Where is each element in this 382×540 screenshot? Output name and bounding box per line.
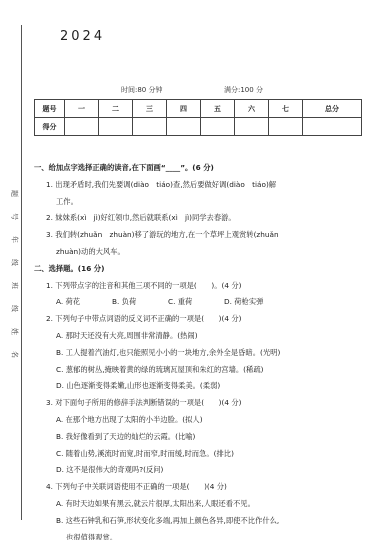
- option: C. 葱郁的树丛,掩映着黄的绿的琉璃瓦屋顶和朱红的宫墙。(稀疏): [34, 362, 374, 379]
- option: C. 随着山势,溪流时而宽,时而窄,时而缓,时而急。(排比): [34, 446, 374, 463]
- score-cell: [99, 118, 133, 136]
- score-cell: 二: [99, 100, 133, 118]
- binding-margin-labels: 题 号 年 级 班 级 姓 名: [8, 190, 20, 374]
- section-2-title: 二、选择题。(16 分): [34, 261, 374, 278]
- s2-question-2: 2. 下列句子中带点词语的反义词不正确的一项是( )(4 分): [34, 311, 374, 328]
- score-cell: [235, 118, 269, 136]
- option: B. 我好像看到了天边的灿烂的云霞。(比喻): [34, 429, 374, 446]
- margin-label: 姓: [11, 326, 18, 338]
- margin-label: 年: [11, 234, 18, 246]
- exam-content: 一、给加点字选择正确的读音,在下面画“____”。(6 分) 1. 出现矛盾时,…: [34, 160, 374, 540]
- s1-question-3: 3. 我们转(zhuǎn zhuàn)移了游玩的地方,在一个草坪上观赏转(zhu…: [34, 227, 374, 244]
- s1-question-3-cont: zhuàn)动的大风车。: [34, 244, 374, 261]
- option: C. 重荷: [168, 294, 224, 311]
- score-cell: 六: [235, 100, 269, 118]
- score-table-header-row: 题号 一 二 三 四 五 六 七 总分: [35, 100, 362, 118]
- exam-time: 时间:80 分钟: [121, 85, 163, 95]
- score-table-score-row: 得分: [35, 118, 362, 136]
- score-cell: 七: [269, 100, 303, 118]
- exam-full-score: 满分:100 分: [224, 85, 263, 95]
- option: B. 工人提着汽油灯,也只能照见小小的一块地方,余外全是昏暗。(光明): [34, 345, 374, 362]
- score-cell: [167, 118, 201, 136]
- option: D. 山色逐渐变得柔嫩,山形也逐渐变得柔美。(柔弱): [34, 378, 374, 395]
- option: A. 在那个地方出现了太阳的小半边脸。(拟人): [34, 412, 374, 429]
- option: A. 那时天还没有大亮,周围非常清静。(热闹): [34, 328, 374, 345]
- score-cell: 总分: [303, 100, 362, 118]
- score-cell: [133, 118, 167, 136]
- score-cell: 四: [167, 100, 201, 118]
- margin-label: 级: [11, 257, 18, 269]
- s1-question-1-cont: 工作。: [34, 194, 374, 211]
- score-cell: 题号: [35, 100, 65, 118]
- option: D. 荷枪实弹: [224, 294, 280, 311]
- score-cell: 三: [133, 100, 167, 118]
- margin-label: 题: [11, 188, 18, 200]
- score-cell: [65, 118, 99, 136]
- s1-question-1: 1. 出现矛盾时,我们先要调(diào tiáo)查,然后要做好调(diào t…: [34, 177, 374, 194]
- option: B. 负荷: [112, 294, 168, 311]
- s2-question-3: 3. 对下面句子所用的修辞手法判断错误的一项是( )(4 分): [34, 395, 374, 412]
- margin-label: 级: [11, 303, 18, 315]
- s1-question-2: 2. 妹妹系(xì jì)好红领巾,然后就联系(xì jì)同学去春游。: [34, 210, 374, 227]
- score-cell: [303, 118, 362, 136]
- margin-label: 号: [11, 211, 18, 223]
- option: A. 荷花: [56, 294, 112, 311]
- section-1-title: 一、给加点字选择正确的读音,在下面画“____”。(6 分): [34, 160, 374, 177]
- s2-q1-options: A. 荷花 B. 负荷 C. 重荷 D. 荷枪实弹: [34, 294, 374, 311]
- s2-question-4: 4. 下列句子中关联词语使用不正确的一项是( )(4 分): [34, 479, 374, 496]
- binding-margin-line: [21, 25, 22, 520]
- score-cell: 得分: [35, 118, 65, 136]
- option: D. 这不是很伟大的奇观吗?(反问): [34, 462, 374, 479]
- margin-label: 班: [11, 280, 18, 292]
- score-cell: 一: [65, 100, 99, 118]
- option-cont: 也很值得观赏。: [34, 530, 374, 540]
- score-table: 题号 一 二 三 四 五 六 七 总分 得分: [34, 99, 362, 136]
- s2-question-1: 1. 下列带点字的注音和其他三项不同的一项是( )。(4 分): [34, 278, 374, 295]
- score-cell: [269, 118, 303, 136]
- option: A. 有时天边如果有黑云,就云片很厚,太阳出来,人眼还看不见。: [34, 496, 374, 513]
- margin-label: 名: [11, 349, 18, 361]
- score-cell: [201, 118, 235, 136]
- option: B. 这些石钟乳和石笋,形状变化多端,再加上颜色各异,即使不比作什么,: [34, 513, 374, 530]
- exam-year: 2024: [60, 29, 105, 44]
- score-cell: 五: [201, 100, 235, 118]
